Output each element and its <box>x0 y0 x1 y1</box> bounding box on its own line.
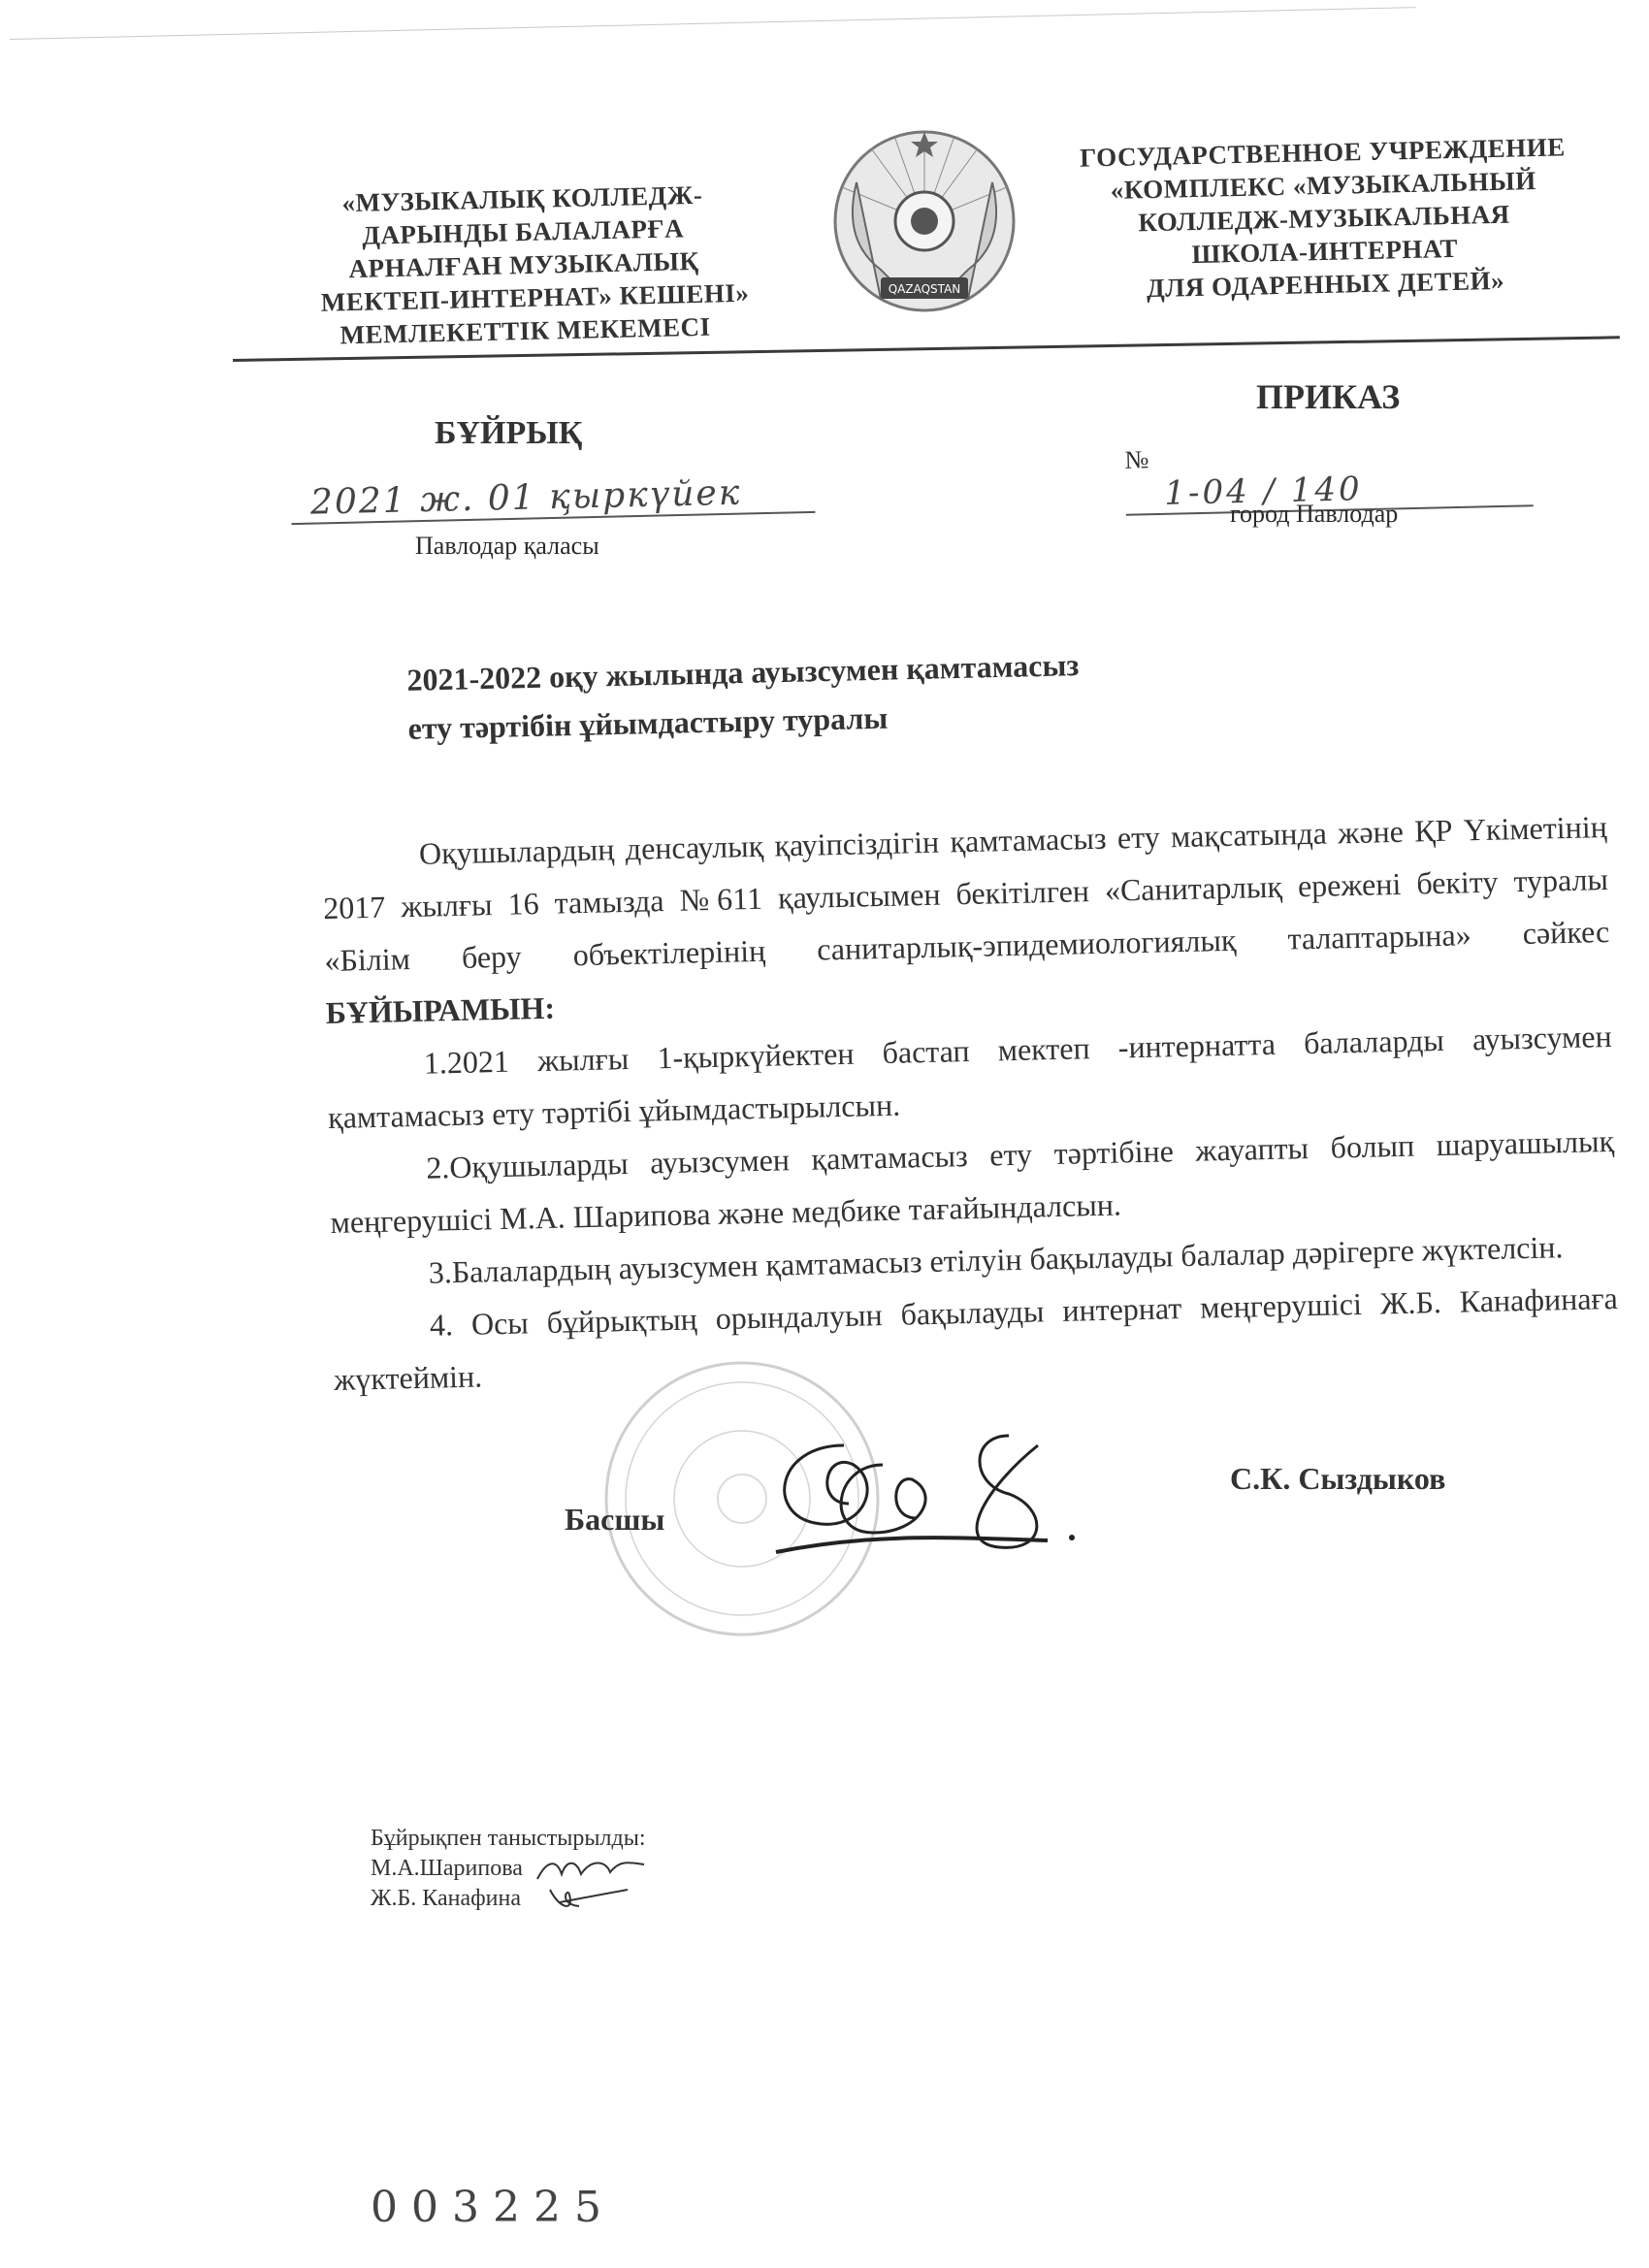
handwritten-signature-icon <box>533 1855 649 1884</box>
person-name: М.А.Шарипова <box>371 1854 523 1884</box>
order-preamble: Оқушылардың денсаулық қауіпсіздігін қамт… <box>321 800 1611 1039</box>
document-serial-number: 003225 <box>371 2183 615 2232</box>
city-ru: город Павлодар <box>1230 500 1398 529</box>
person-name: Ж.Б. Канафина <box>371 1884 521 1914</box>
order-body: Оқушылардың денсаулық қауіпсіздігін қамт… <box>321 800 1619 1406</box>
signatory-role: Басшы <box>565 1502 664 1538</box>
header-institution-ru: ГОСУДАРСТВЕННОЕ УЧРЕЖДЕНИЕ «КОМПЛЕКС «МУ… <box>1060 130 1588 307</box>
city-kz: Павлодар қаласы <box>415 532 599 561</box>
order-word: БҰЙЫРАМЫН: <box>325 990 555 1030</box>
acknowledgement-person: Ж.Б. Канафина <box>371 1884 649 1914</box>
order-date-handwritten: 2021 ж. 01 қыркүйек <box>291 471 816 525</box>
acknowledgement-block: Бұйрықпен таныстырылды: М.А.Шарипова Ж.Б… <box>371 1824 649 1914</box>
signatory-name: С.К. Сыздыков <box>1230 1461 1445 1497</box>
handwritten-signature-icon <box>531 1885 647 1914</box>
order-heading-kz: БҰЙРЫҚ <box>435 415 582 452</box>
order-number-label: № <box>1124 445 1148 474</box>
handwritten-signature-icon <box>757 1426 1164 1562</box>
state-emblem-icon: QAZAQSTAN <box>813 124 1036 328</box>
header-institution-kz: «МУЗЫКАЛЫҚ КОЛЛЕДЖ- ДАРЫНДЫ БАЛАЛАРҒА АР… <box>318 178 729 351</box>
order-title: 2021-2022 оқу жылында ауызсумен қамтамас… <box>406 640 1081 753</box>
scan-edge-line <box>10 7 1416 40</box>
document-page: «МУЗЫКАЛЫҚ КОЛЛЕДЖ- ДАРЫНДЫ БАЛАЛАРҒА АР… <box>0 0 1649 2268</box>
acknowledgement-person: М.А.Шарипова <box>371 1854 649 1884</box>
order-heading-ru: ПРИКАЗ <box>1256 376 1400 417</box>
acknowledgement-label: Бұйрықпен таныстырылды: <box>371 1824 649 1854</box>
preamble-text: Оқушылардың денсаулық қауіпсіздігін қамт… <box>323 809 1610 978</box>
svg-text:QAZAQSTAN: QAZAQSTAN <box>889 282 961 296</box>
